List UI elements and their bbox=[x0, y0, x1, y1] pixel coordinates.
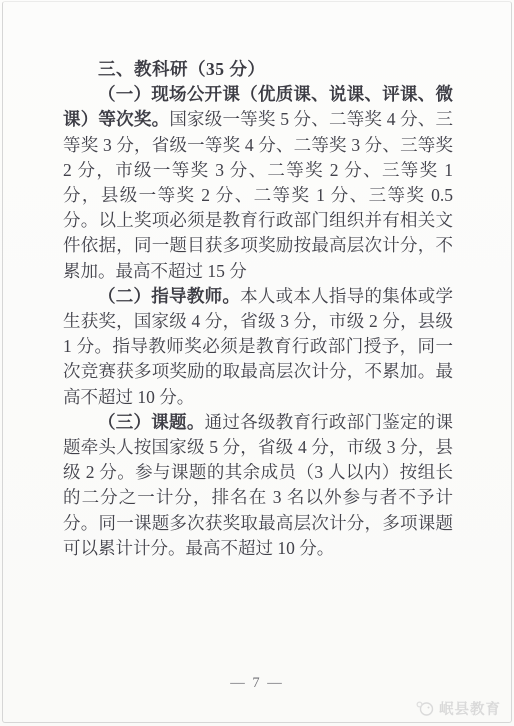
paragraph-research-projects: （三）课题。通过各级教育行政部门鉴定的课题牵头人按国家级 5 分，省级 4 分，… bbox=[63, 410, 453, 561]
paragraph-body: 国家级一等奖 5 分、二等奖 4 分、三等奖 3 分，省级一等奖 4 分、二等奖… bbox=[63, 109, 453, 280]
scanned-document-page: 三、教科研（35 分） （一）现场公开课（优质课、说课、评课、微课）等次奖。国家… bbox=[0, 0, 514, 726]
paragraph-advisor-awards: （二）指导教师。本人或本人指导的集体或学生获奖，国家级 4 分，省级 3 分，市… bbox=[63, 284, 453, 410]
paragraph-body: 通过各级教育行政部门鉴定的课题牵头人按国家级 5 分，省级 4 分，市级 3 分… bbox=[63, 412, 453, 558]
watermark-text: 岷县教育 bbox=[439, 698, 501, 719]
page-number: — 7 — bbox=[0, 675, 514, 692]
paragraph-lead: （三）课题。 bbox=[98, 412, 205, 432]
minxian-education-logo-icon bbox=[415, 700, 435, 717]
paragraph-open-class-awards: （一）现场公开课（优质课、说课、评课、微课）等次奖。国家级一等奖 5 分、二等奖… bbox=[63, 82, 453, 284]
section-title: 三、教科研（35 分） bbox=[63, 57, 453, 82]
document-body: 三、教科研（35 分） （一）现场公开课（优质课、说课、评课、微课）等次奖。国家… bbox=[63, 57, 453, 561]
paragraph-lead: （二）指导教师。 bbox=[98, 286, 240, 306]
watermark: 岷县教育 bbox=[415, 698, 501, 719]
